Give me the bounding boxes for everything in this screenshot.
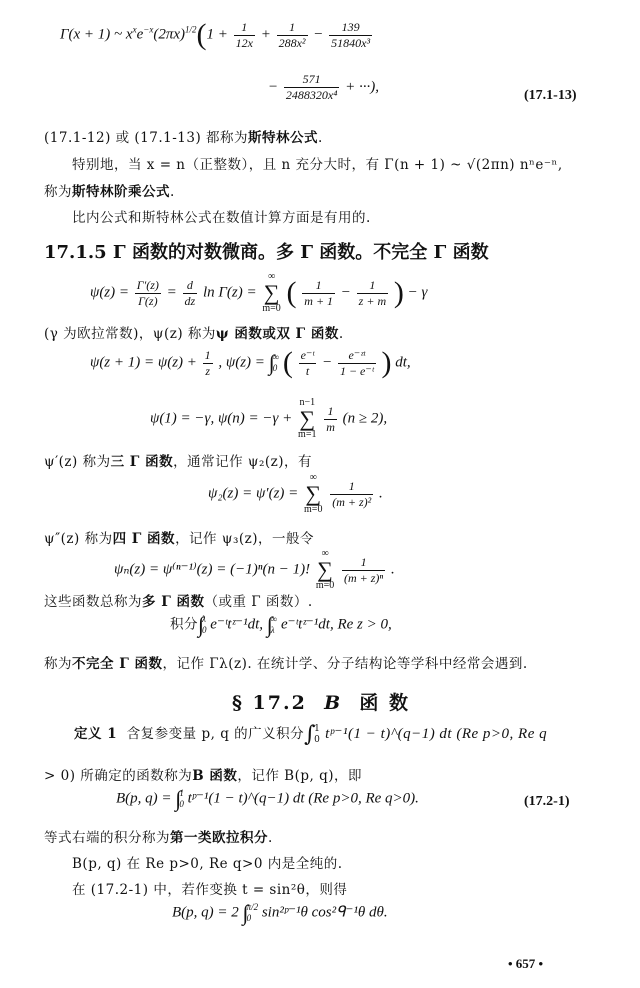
fraction: e⁻ᵗt <box>299 348 317 379</box>
text: . <box>268 830 273 846</box>
formula-text: + <box>261 26 271 42</box>
formula-text: tᵖ⁻¹(1 − t)^(q−1) dt (Re p>0, Re q <box>325 726 547 742</box>
bold-term: 第一类欧拉积分 <box>170 830 268 846</box>
section-heading: 17.1.5 Γ 函数的对数微商。多 Γ 函数。不完全 Γ 函数 <box>44 238 489 264</box>
text: . <box>339 326 344 342</box>
fraction: 1288x² <box>277 20 308 51</box>
fraction: 1(m + z)² <box>330 479 373 510</box>
formula-text: ψ(z) = <box>90 284 129 300</box>
upper-limit: 1 <box>179 788 184 799</box>
formula-text: 1 + <box>207 26 228 42</box>
denominator: m + 1 <box>302 294 335 309</box>
fraction: 1(m + z)ⁿ <box>342 555 385 586</box>
denominator: t <box>299 364 317 379</box>
numerator: 1 <box>277 20 308 36</box>
psi2-formula: ψ₂(z) = ψ′(z) = ∞∑m=0 1(m + z)² . <box>208 473 383 515</box>
integral-limits: 10 <box>314 724 320 746</box>
text: 这些函数总称为 <box>44 594 142 610</box>
summation: n−1∑m=1 <box>298 398 316 440</box>
summation: ∞∑m=0 <box>304 473 322 515</box>
text: 含复参变量 p, q 的广义积分 <box>127 726 304 742</box>
formula-text: sin²ᵖ⁻¹θ cos²ᑫ⁻¹θ dθ. <box>262 904 388 920</box>
psin-formula: ψₙ(z) = ψ⁽ⁿ⁻¹⁾(z) = (−1)ⁿ(n − 1)! ∞∑m=0 … <box>114 549 395 591</box>
numerator: e⁻ᵗ <box>299 348 317 364</box>
text: 等式右端的积分称为 <box>44 830 170 846</box>
sum-lower: m=1 <box>298 429 316 440</box>
bold-term: 四 Γ 函数 <box>113 531 175 547</box>
formula-text: −x <box>143 24 153 34</box>
paragraph: 特别地，当 x = n（正整数），且 n 充分大时，有 Γ(n + 1) ~ √… <box>72 153 563 173</box>
paragraph: ψ″(z) 称为四 Γ 函数，记作 ψ₃(z)，一般令 <box>44 527 314 547</box>
upper-limit: ∞ <box>271 614 277 625</box>
formula-text: e⁻ᵗtᶻ⁻¹dt, Re z > 0, <box>281 616 392 632</box>
formula-text: (n ≥ 2), <box>343 410 387 426</box>
formula-text: ψ(z + 1) = ψ(z) + <box>90 354 197 370</box>
text: ，通常记作 ψ₂(z)，有 <box>173 454 312 470</box>
formula-text: tᵖ⁻¹(1 − t)^(q−1) dt (Re p>0, Re q>0). <box>188 790 419 806</box>
definition-label: 定义 1 <box>74 726 117 742</box>
text: (γ 为欧拉常数)，ψ(z) 称为 <box>44 326 216 342</box>
formula-text: ψ₂(z) = ψ′(z) = <box>208 485 298 501</box>
denominator: dz <box>183 294 198 309</box>
formula-text: ) <box>381 346 391 379</box>
text: ψ″(z) 称为 <box>44 531 113 547</box>
lower-limit: 0 <box>314 735 320 746</box>
formula-text: − γ <box>408 284 428 300</box>
section-title: 函 数 <box>359 692 410 714</box>
fraction: 13951840x³ <box>329 20 372 51</box>
text: 积分 <box>170 616 198 631</box>
numerator: 571 <box>284 72 340 88</box>
paragraph: 称为斯特林阶乘公式. <box>44 180 175 200</box>
fraction: 1m + 1 <box>302 278 335 309</box>
text: ，记作 Γλ(z). 在统计学、分子结构论等学科中经常会遇到. <box>162 656 527 672</box>
formula-text: dt, <box>395 354 410 370</box>
fraction: 5712488320x⁴ <box>284 72 340 103</box>
numerator: 1 <box>302 278 335 294</box>
integral-limits: ∞λ <box>271 614 277 636</box>
definition-1: 定义 1 含复参变量 p, q 的广义积分∫10 tᵖ⁻¹(1 − t)^(q−… <box>74 722 547 747</box>
denominator: z <box>203 364 213 379</box>
bold-term: 不完全 Γ 函数 <box>72 656 162 672</box>
text: (17.1-12) 或 (17.1-13) 都称为 <box>44 130 248 146</box>
sigma-icon: ∑ <box>262 282 280 304</box>
denominator: (m + z)ⁿ <box>342 571 385 586</box>
integral-limits: 10 <box>179 788 184 810</box>
fraction: 1z + m <box>357 278 388 309</box>
formula-text: . <box>379 485 383 501</box>
paragraph: 称为不完全 Γ 函数，记作 Γλ(z). 在统计学、分子结构论等学科中经常会遇到… <box>44 652 528 672</box>
upper-limit: 1 <box>314 724 320 735</box>
numerator: 1 <box>234 20 255 36</box>
psi-definition: ψ(z) = Γ′(z)Γ(z) = ddz ln Γ(z) = ∞∑m=0 (… <box>90 272 427 314</box>
summation: ∞∑m=0 <box>262 272 280 314</box>
upper-limit: λ <box>202 614 207 625</box>
sum-lower: m=0 <box>262 303 280 314</box>
formula-text: ln Γ(z) = <box>203 284 257 300</box>
paragraph: (17.1-12) 或 (17.1-13) 都称为斯特林公式. <box>44 126 323 146</box>
section-number: § 17.2 <box>232 692 307 714</box>
formula-text: B(p, q) = <box>116 790 172 806</box>
formula-text: . <box>391 561 395 577</box>
formula-text: = <box>167 284 177 300</box>
text: > 0) 所确定的函数称为 <box>44 768 192 784</box>
integral-limits: π/20 <box>247 902 259 924</box>
numerator: 139 <box>329 20 372 36</box>
bold-term: B 函数 <box>192 768 237 784</box>
definition-1-line2: > 0) 所确定的函数称为B 函数，记作 B(p, q)，即 <box>44 764 362 784</box>
lower-limit: 0 <box>273 363 279 374</box>
bold-term: 斯特林阶乘公式 <box>72 184 170 200</box>
text: 称为 <box>44 184 72 200</box>
lower-limit: 0 <box>179 799 184 810</box>
page-number: • 657 • <box>508 956 543 972</box>
formula-text: − <box>341 284 351 300</box>
bold-term: ψ 函数或双 Γ 函数 <box>216 326 339 342</box>
section-letter: B <box>324 692 342 714</box>
bold-term: 多 Γ 函数 <box>142 594 204 610</box>
lower-limit: λ <box>271 625 277 636</box>
numerator: 1 <box>203 348 213 364</box>
sigma-icon: ∑ <box>304 483 322 505</box>
formula-text: ψ(1) = −γ, ψ(n) = −γ + <box>150 410 292 426</box>
denominator: 288x² <box>277 36 308 51</box>
stirling-series-line2: − 5712488320x⁴ + ···), <box>268 72 379 103</box>
fraction: ddz <box>183 278 198 309</box>
formula-text: , ψ(z) = <box>218 354 265 370</box>
stirling-series-line1: Γ(x + 1) ~ xxe−x(2πx)1/2(1 + 112x + 1288… <box>60 18 374 52</box>
numerator: d <box>183 278 198 294</box>
paragraph: 在 (17.2-1) 中，若作变换 t = sin²θ，则得 <box>72 878 347 898</box>
sigma-icon: ∑ <box>298 408 316 430</box>
incomplete-gamma-integrals: 积分∫λ0 e⁻ᵗtᶻ⁻¹dt, ∫∞λ e⁻ᵗtᶻ⁻¹dt, Re z > 0… <box>170 612 392 638</box>
text: . <box>318 130 323 146</box>
section-heading: § 17.2 B 函 数 <box>232 688 410 715</box>
sum-lower: m=0 <box>304 504 322 515</box>
paragraph: 等式右端的积分称为第一类欧拉积分. <box>44 826 273 846</box>
text: 称为 <box>44 656 72 672</box>
denominator: 51840x³ <box>329 36 372 51</box>
formula-text: ( <box>287 276 297 309</box>
beta-trig-formula: B(p, q) = 2 ∫π/20 sin²ᵖ⁻¹θ cos²ᑫ⁻¹θ dθ. <box>172 900 388 926</box>
bold-term: 斯特林公式 <box>248 130 318 146</box>
formula-text: ) <box>394 276 404 309</box>
formula-text: ( <box>197 18 207 51</box>
fraction: 112x <box>234 20 255 51</box>
upper-limit: π/2 <box>247 902 259 913</box>
text: （或重 Γ 函数）. <box>204 594 312 610</box>
denominator: (m + z)² <box>330 495 373 510</box>
paragraph: ψ′(z) 称为三 Γ 函数，通常记作 ψ₂(z)，有 <box>44 450 312 470</box>
paragraph: 这些函数总称为多 Γ 函数（或重 Γ 函数）. <box>44 590 313 610</box>
text: ，记作 ψ₃(z)，一般令 <box>175 531 314 547</box>
lower-limit: 0 <box>247 913 259 924</box>
formula-text: (2πx) <box>153 26 185 42</box>
paragraph: 比内公式和斯特林公式在数值计算方面是有用的. <box>72 206 371 226</box>
formula-text: ( <box>283 346 293 379</box>
upper-limit: ∞ <box>273 352 279 363</box>
numerator: Γ′(z) <box>135 278 161 294</box>
numerator: 1 <box>357 278 388 294</box>
fraction: e⁻ᶻᵗ1 − e⁻ᵗ <box>338 348 376 379</box>
formula-text: e⁻ᵗtᶻ⁻¹dt, <box>210 616 263 632</box>
fraction: 1z <box>203 348 213 379</box>
equation-number: (17.1-13) <box>524 88 577 104</box>
denominator: 2488320x⁴ <box>284 88 340 103</box>
lower-limit: 0 <box>202 625 207 636</box>
bold-term: 三 Γ 函数 <box>111 454 173 470</box>
formula-text: Γ(x + 1) ~ x <box>60 26 133 42</box>
sigma-icon: ∑ <box>316 559 334 581</box>
formula-text: + ···), <box>345 79 379 95</box>
formula-text: − <box>268 79 278 95</box>
text: ，记作 B(p, q)，即 <box>237 768 362 784</box>
numerator: 1 <box>330 479 373 495</box>
fraction: Γ′(z)Γ(z) <box>135 278 161 309</box>
numerator: 1 <box>342 555 385 571</box>
denominator: z + m <box>357 294 388 309</box>
denominator: 1 − e⁻ᵗ <box>338 364 376 379</box>
formula-text: 1/2 <box>185 24 197 34</box>
text: ψ′(z) 称为 <box>44 454 111 470</box>
paragraph: (γ 为欧拉常数)，ψ(z) 称为ψ 函数或双 Γ 函数. <box>44 322 344 342</box>
denominator: 12x <box>234 36 255 51</box>
fraction: 1m <box>324 404 337 435</box>
text: . <box>170 184 175 200</box>
integral-limits: ∞0 <box>273 352 279 374</box>
summation: ∞∑m=0 <box>316 549 334 591</box>
integral-limits: λ0 <box>202 614 207 636</box>
denominator: m <box>324 420 337 435</box>
psi-values: ψ(1) = −γ, ψ(n) = −γ + n−1∑m=1 1m (n ≥ 2… <box>150 398 387 440</box>
numerator: 1 <box>324 404 337 420</box>
equation-number: (17.2-1) <box>524 794 570 810</box>
denominator: Γ(z) <box>135 294 161 309</box>
numerator: e⁻ᶻᵗ <box>338 348 376 364</box>
paragraph: B(p, q) 在 Re p>0, Re q>0 内是全纯的. <box>72 852 343 872</box>
formula-text: − <box>313 26 323 42</box>
beta-definition: B(p, q) = ∫10 tᵖ⁻¹(1 − t)^(q−1) dt (Re p… <box>116 786 419 812</box>
formula-text: B(p, q) = 2 <box>172 904 239 920</box>
sum-lower: m=0 <box>316 580 334 591</box>
psi-recurrence: ψ(z + 1) = ψ(z) + 1z , ψ(z) = ∫∞0 ( e⁻ᵗt… <box>90 346 411 380</box>
formula-text: − <box>322 354 332 370</box>
formula-text: ψₙ(z) = ψ⁽ⁿ⁻¹⁾(z) = (−1)ⁿ(n − 1)! <box>114 561 310 577</box>
